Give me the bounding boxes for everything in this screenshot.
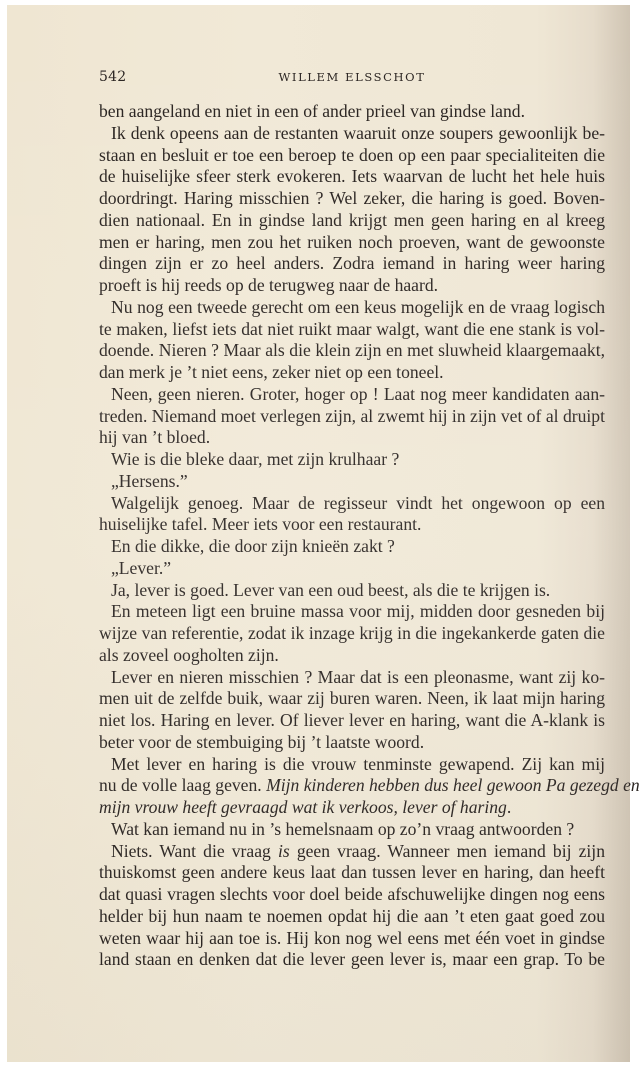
text-line: dien nationaal. En in gindse land krijgt… bbox=[99, 210, 605, 232]
text-line: En die dikke, die door zijn knieën zakt … bbox=[99, 536, 605, 558]
text-line: ben aangeland en niet in een of ander pr… bbox=[99, 101, 605, 123]
text-line: dat quasi vragen slechts voor doel beide… bbox=[99, 884, 605, 906]
text-line: proeft is hij reeds op de terugweg naar … bbox=[99, 275, 605, 297]
text-line: treden. Niemand moet verlegen zijn, al z… bbox=[99, 406, 605, 428]
italic-text: mijn vrouw heeft gevraagd wat ik verkoos… bbox=[99, 797, 507, 817]
italic-text: Mijn kinderen hebben dus heel gewoon Pa … bbox=[262, 775, 640, 795]
text-line: wijze van referentie, zodat ik inzage kr… bbox=[99, 623, 605, 645]
text-line: land staan en denken dat die lever geen … bbox=[99, 949, 605, 971]
text-line: Met lever en haring is die vrouw tenmins… bbox=[99, 754, 605, 776]
text-line: mijn vrouw heeft gevraagd wat ik verkoos… bbox=[99, 797, 605, 819]
text-line: Neen, geen nieren. Groter, hoger op ! La… bbox=[99, 384, 605, 406]
text-line: huiselijke tafel. Meer iets voor een res… bbox=[99, 514, 605, 536]
book-page: 542 WILLEM ELSSCHOT ben aangeland en nie… bbox=[7, 5, 630, 1062]
author-header: WILLEM ELSSCHOT bbox=[99, 70, 605, 84]
text-line: de huiselijke sfeer sterk evokeren. Iets… bbox=[99, 166, 605, 188]
text-line: dan merk je ’t niet eens, zeker niet op … bbox=[99, 362, 605, 384]
text-line: als zoveel oogholten zijn. bbox=[99, 645, 605, 667]
text-line: weten waar hij aan toe is. Hij kon nog w… bbox=[99, 928, 605, 950]
text-line: Wie is die bleke daar, met zijn krulhaar… bbox=[99, 449, 605, 471]
text-line: te maken, liefst iets dat niet ruikt maa… bbox=[99, 319, 605, 341]
text-line: Ik denk opeens aan de restanten waaruit … bbox=[99, 123, 605, 145]
text-line: Lever en nieren misschien ? Maar dat is … bbox=[99, 667, 605, 689]
text-line: men uit de zelfde buik, waar zij buren w… bbox=[99, 688, 605, 710]
text-line: nu de volle laag geven. Mijn kinderen he… bbox=[99, 775, 605, 797]
text-line: „Hersens.” bbox=[99, 471, 605, 493]
text-line: Ja, lever is goed. Lever van een oud bee… bbox=[99, 580, 605, 602]
text-line: niet los. Haring en lever. Of liever lev… bbox=[99, 710, 605, 732]
text-line: beter voor de stembuiging bij ’t laatste… bbox=[99, 732, 605, 754]
text-line: En meteen ligt een bruine massa voor mij… bbox=[99, 601, 605, 623]
text-line: dingen zijn er zo heel anders. Zodra iem… bbox=[99, 253, 605, 275]
running-head: 542 WILLEM ELSSCHOT bbox=[99, 69, 605, 91]
text-line: Walgelijk genoeg. Maar de regisseur vind… bbox=[99, 493, 605, 515]
text-line: Niets. Want die vraag is geen vraag. Wan… bbox=[99, 841, 605, 863]
text-line: thuiskomst geen andere keus laat dan tus… bbox=[99, 862, 605, 884]
text-line: men er haring, men zou het ruiken noch p… bbox=[99, 232, 605, 254]
text-line: „Lever.” bbox=[99, 558, 605, 580]
italic-text: is bbox=[278, 841, 290, 861]
text-line: Nu nog een tweede gerecht om een keus mo… bbox=[99, 297, 605, 319]
body-text: ben aangeland en niet in een of ander pr… bbox=[99, 101, 605, 971]
text-line: hij van ’t bloed. bbox=[99, 427, 605, 449]
text-line: doende. Nieren ? Maar als die klein zijn… bbox=[99, 340, 605, 362]
text-line: staan en besluit er toe een beroep te do… bbox=[99, 145, 605, 167]
text-line: helder bij hun naam te noemen opdat hij … bbox=[99, 906, 605, 928]
text-line: doordringt. Haring misschien ? Wel zeker… bbox=[99, 188, 605, 210]
text-line: Wat kan iemand nu in ’s hemelsnaam op zo… bbox=[99, 819, 605, 841]
